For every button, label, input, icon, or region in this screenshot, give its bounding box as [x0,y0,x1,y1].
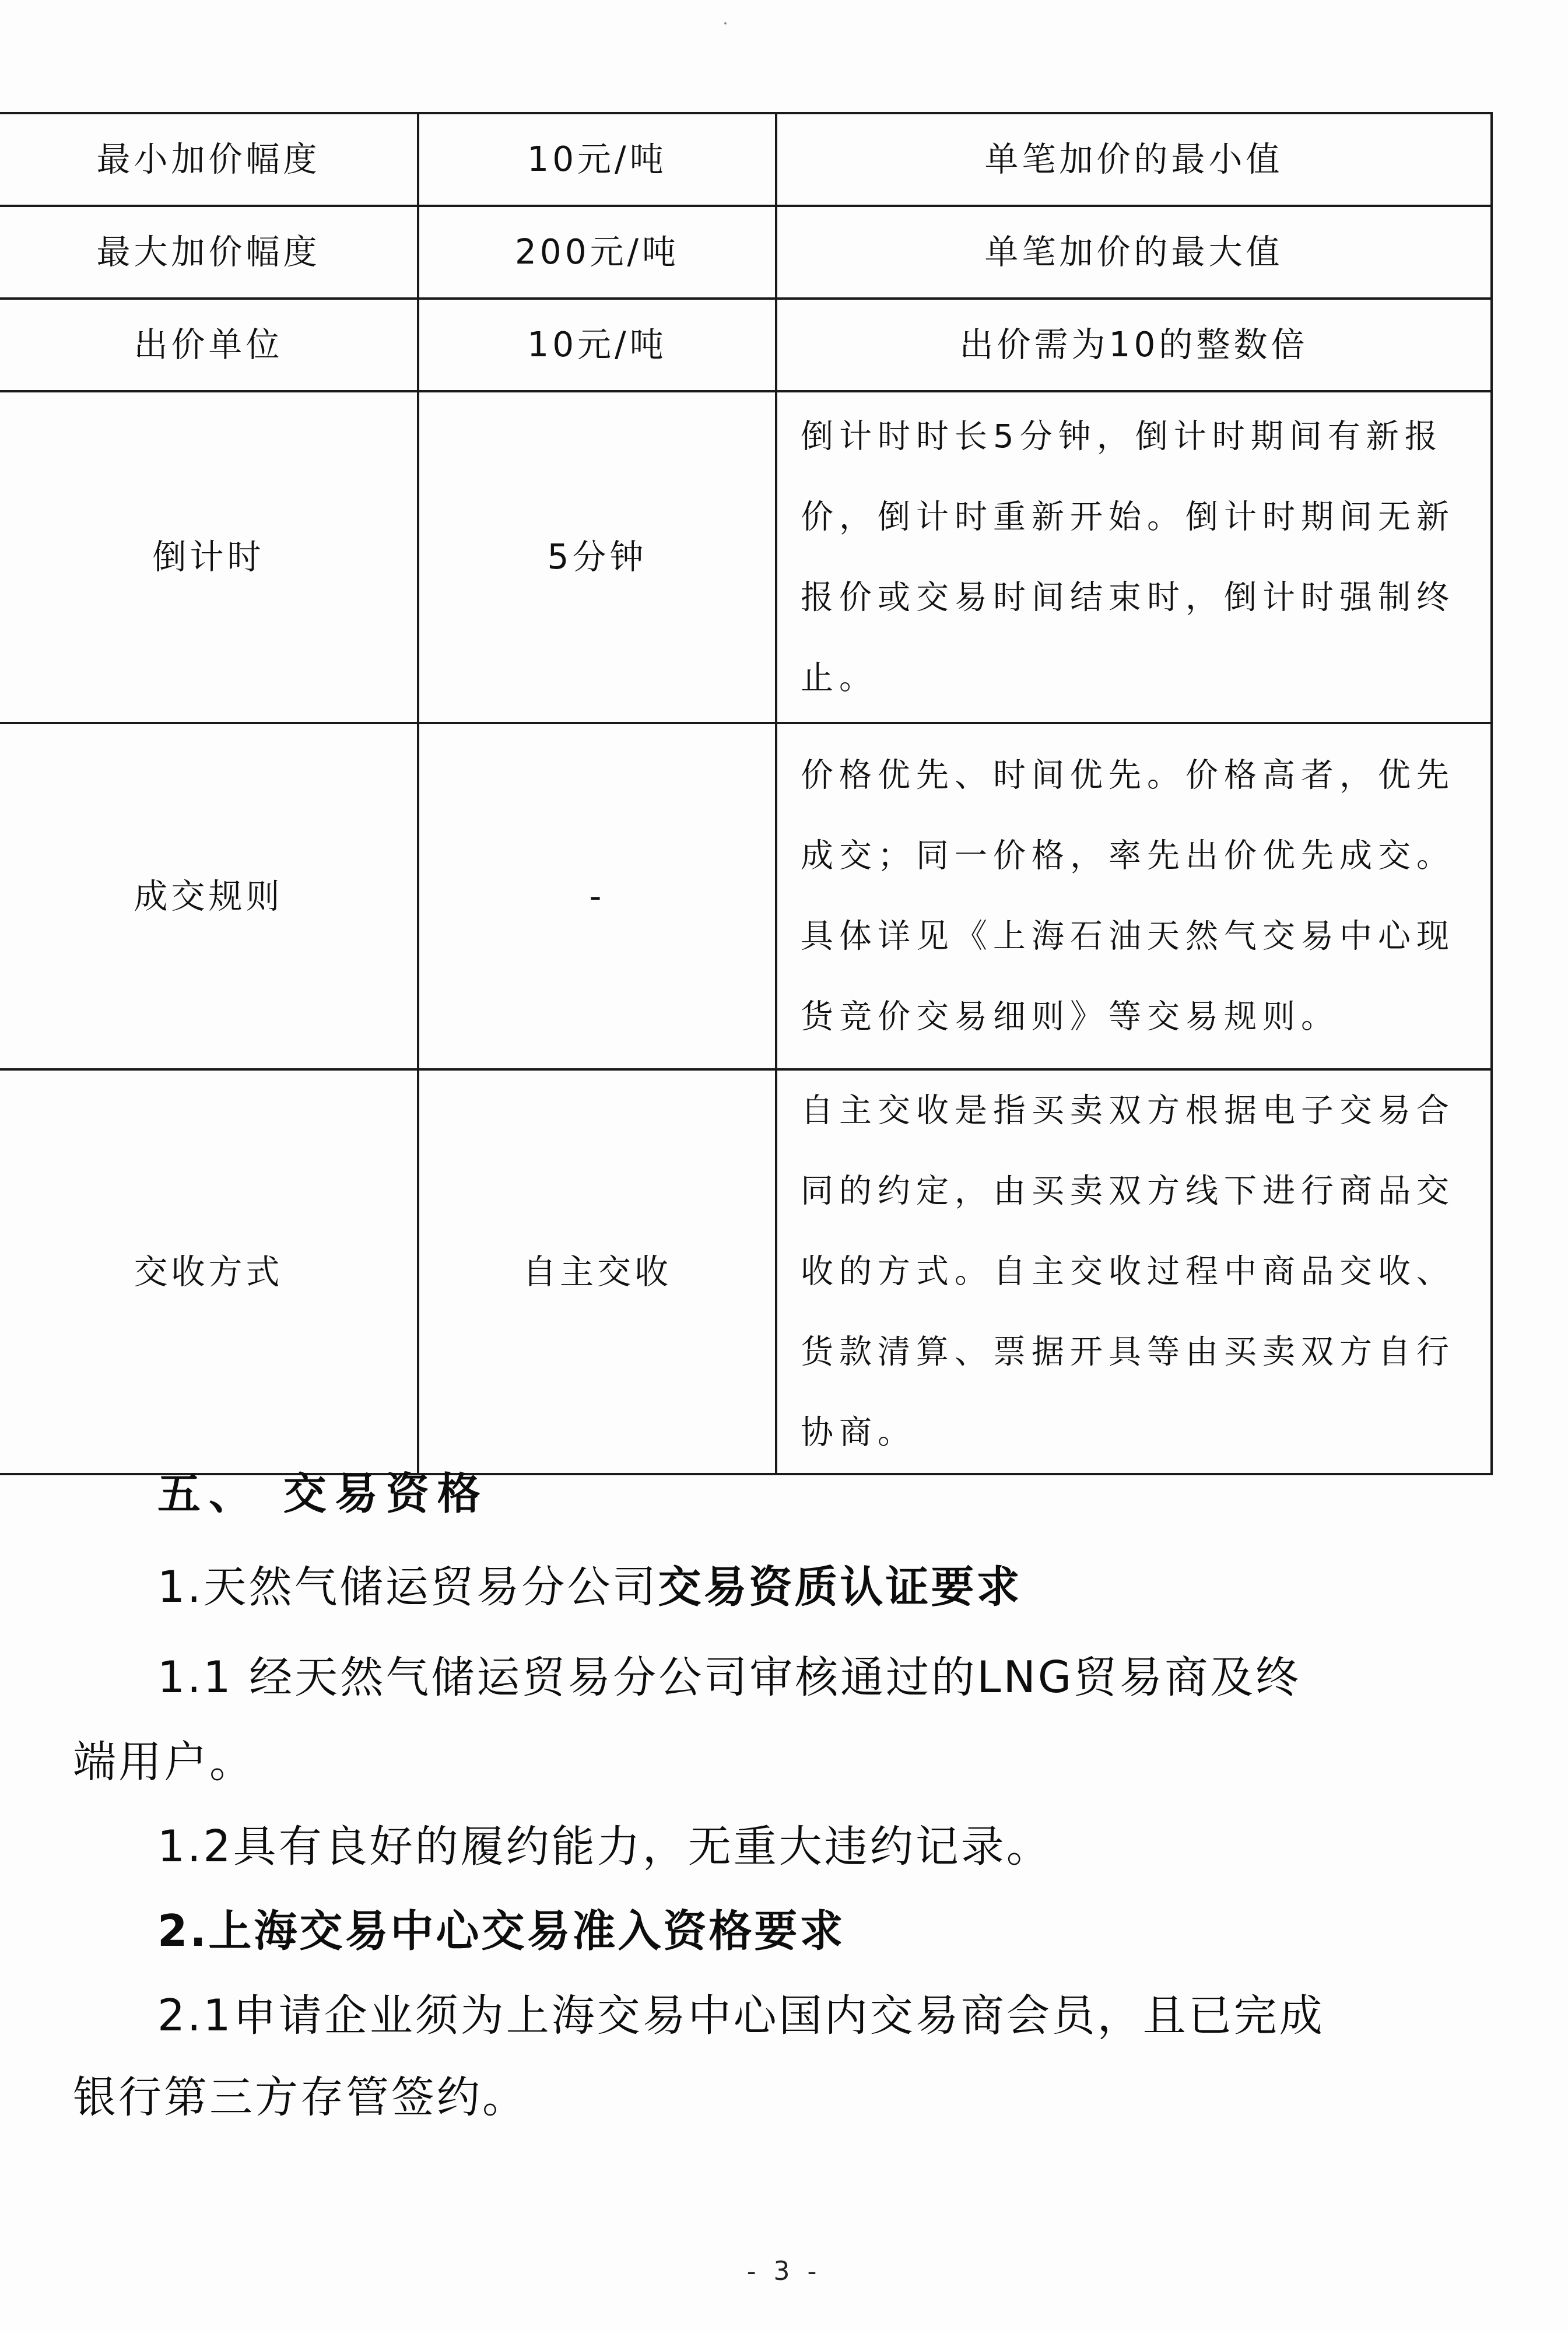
paragraph-1-1-line2: 端用户。 [73,1741,1443,1784]
description-line: 价，倒计时重新开始。倒计时期间无新 [801,498,1455,536]
param-description: 倒计时时长5分钟，倒计时期间有新报 价，倒计时重新开始。倒计时期间无新 报价或交… [776,391,1492,723]
description-line: 协商。 [801,1413,916,1451]
param-description: 单笔加价的最小值 [776,113,1492,206]
param-value: - [418,723,776,1069]
description-line: 具体详见《上海石油天然气交易中心现 [801,917,1455,955]
param-description: 自主交收是指买卖双方根据电子交易合 同的约定，由买卖双方线下进行商品交 收的方式… [776,1069,1492,1474]
paragraph-1-1-line1: 1.1 经天然气储运贸易分公司审核通过的LNG贸易商及终 [157,1656,1528,1699]
table-row: 出价单位 10元/吨 出价需为10的整数倍 [0,299,1492,391]
table-row: 最小加价幅度 10元/吨 单笔加价的最小值 [0,113,1492,206]
scan-artifact [724,22,727,24]
description-line: 倒计时时长5分钟，倒计时期间有新报 [801,418,1443,455]
param-name: 交收方式 [0,1069,418,1474]
description-line: 收的方式。自主交收过程中商品交收、 [801,1253,1455,1290]
trading-parameters-table: 最小加价幅度 10元/吨 单笔加价的最小值 最大加价幅度 200元/吨 单笔加价… [0,112,1493,1475]
param-value: 10元/吨 [418,299,776,391]
description-line: 成交；同一价格，率先出价优先成交。 [801,837,1455,875]
description-line: 报价或交易时间结束时，倒计时强制终 [801,578,1455,616]
param-value: 自主交收 [418,1069,776,1474]
param-name: 倒计时 [0,391,418,723]
param-value: 200元/吨 [418,206,776,299]
description-line: 货款清算、票据开具等由买卖双方自行 [801,1333,1455,1371]
subsection-prefix: 1.天然气储运贸易分公司 [157,1562,658,1612]
description-line: 价格优先、时间优先。价格高者，优先 [801,756,1455,794]
description-line: 同的约定，由买卖双方线下进行商品交 [801,1172,1455,1210]
section-heading: 五、 交易资格 [157,1472,1528,1515]
table-row: 倒计时 5分钟 倒计时时长5分钟，倒计时期间有新报 价，倒计时重新开始。倒计时期… [0,391,1492,723]
param-value: 10元/吨 [418,113,776,206]
description-line: 货竞价交易细则》等交易规则。 [801,998,1339,1036]
description-line: 自主交收是指买卖双方根据电子交易合 [801,1092,1455,1129]
param-name: 成交规则 [0,723,418,1069]
table-row: 交收方式 自主交收 自主交收是指买卖双方根据电子交易合 同的约定，由买卖双方线下… [0,1069,1492,1474]
param-description: 单笔加价的最大值 [776,206,1492,299]
description-line: 止。 [801,638,1474,718]
subsection-heading-2: 2.上海交易中心交易准入资格要求 [157,1910,1528,1953]
document-page: 最小加价幅度 10元/吨 单笔加价的最小值 最大加价幅度 200元/吨 单笔加价… [0,0,1568,2333]
paragraph-2-1-line2: 银行第三方存管签约。 [73,2076,1443,2119]
paragraph-2-1-line1: 2.1申请企业须为上海交易中心国内交易商会员，且已完成 [157,1994,1528,2037]
param-name: 出价单位 [0,299,418,391]
param-name: 最大加价幅度 [0,206,418,299]
subsection-emphasis: 交易资质认证要求 [658,1562,1022,1612]
page-number: - 3 - [0,2257,1568,2286]
paragraph-1-2: 1.2具有良好的履约能力，无重大违约记录。 [157,1825,1528,1868]
param-name: 最小加价幅度 [0,113,418,206]
param-value: 5分钟 [418,391,776,723]
table-row: 成交规则 - 价格优先、时间优先。价格高者，优先 成交；同一价格，率先出价优先成… [0,723,1492,1069]
param-description: 出价需为10的整数倍 [776,299,1492,391]
subsection-heading-1: 1.天然气储运贸易分公司交易资质认证要求 [157,1566,1528,1609]
table-row: 最大加价幅度 200元/吨 单笔加价的最大值 [0,206,1492,299]
param-description: 价格优先、时间优先。价格高者，优先 成交；同一价格，率先出价优先成交。 具体详见… [776,723,1492,1069]
